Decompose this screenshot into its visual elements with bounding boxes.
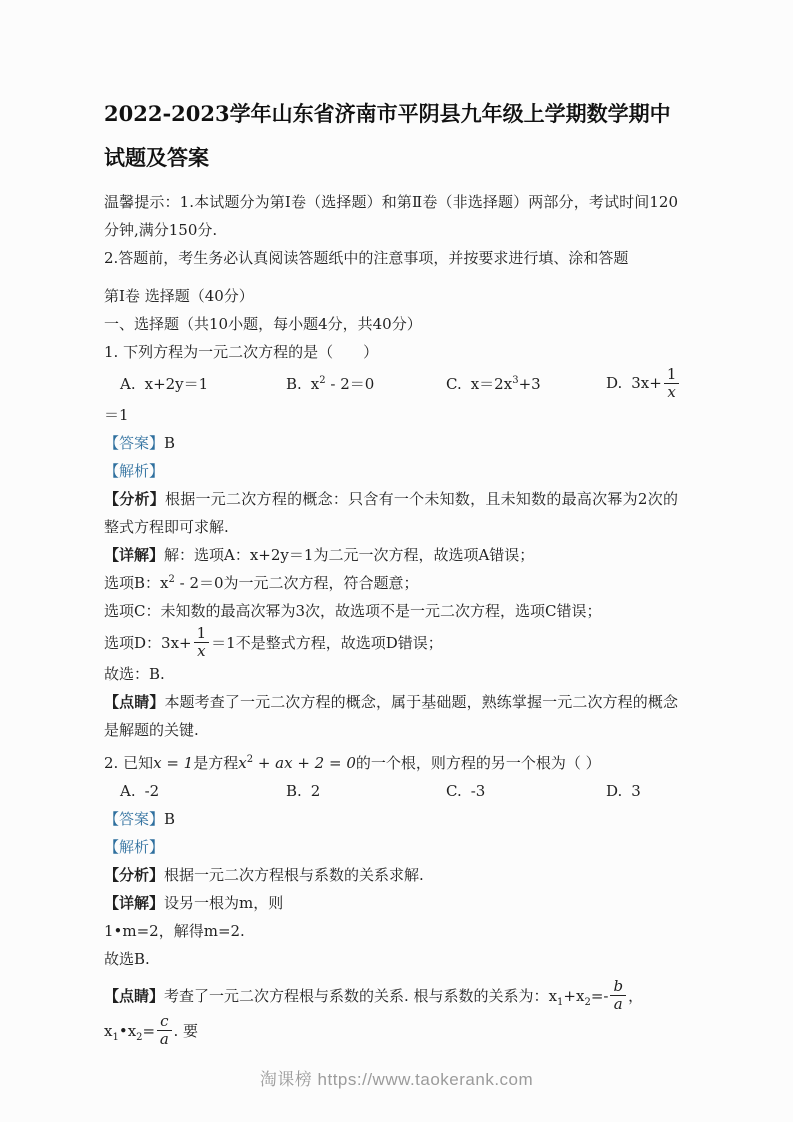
option-label: A.	[120, 782, 136, 800]
dianjing-label: 【点睛】	[104, 693, 164, 711]
q2-option-d: D.3	[606, 777, 678, 805]
fraction: ca	[157, 1013, 171, 1048]
xiangjie-label: 【详解】	[104, 546, 164, 564]
math-run: x＝2x	[471, 375, 512, 393]
q1-detail-line-4: 选项D：3x+1x＝1不是整式方程，故选项D错误；	[104, 625, 678, 660]
math-run: x1+x2=-	[549, 982, 609, 1010]
q2-answer-line: 【答案】B	[104, 805, 678, 833]
option-text: x+2y＝1	[145, 375, 209, 393]
q1-option-b: B.x2 - 2＝0	[286, 370, 446, 398]
fraction-denominator: x	[664, 384, 680, 401]
option-label: B.	[286, 375, 302, 393]
stem-text: 是方程	[193, 754, 238, 772]
footer-link[interactable]: 淘课榜 https://www.taokerank.com	[260, 1070, 533, 1089]
fraction-denominator: a	[157, 1031, 171, 1048]
detail-text: - 2＝0为一元二次方程，符合题意；	[175, 574, 419, 592]
q2-analysis: 【分析】根据一元二次方程根与系数的关系求解.	[104, 861, 678, 889]
detail-text: 设另一根为m，则	[164, 894, 283, 912]
math-var: +x	[563, 987, 584, 1005]
answer-label: 【答案】	[104, 810, 164, 828]
option-text: x2 - 2＝0	[311, 375, 375, 393]
page-title: 2022-2023学年山东省济南市平阴县九年级上学期数学期中试题及答案	[104, 92, 678, 180]
math-run: x	[238, 754, 246, 772]
math-run: x1•x2=	[104, 1017, 155, 1045]
dianjing-text: 考查了一元二次方程根与系数的关系. 根与系数的关系为：	[164, 982, 549, 1010]
separator-text: ，	[628, 982, 643, 1010]
fraction: 1x	[194, 625, 210, 660]
math-var: •x	[119, 1022, 136, 1040]
q1-conclusion: 故选：B.	[104, 660, 678, 688]
q2-dianjing: 【点睛】考查了一元二次方程根与系数的关系. 根与系数的关系为：x1+x2=-ba…	[104, 978, 678, 1048]
fraction-denominator: a	[610, 996, 626, 1013]
fraction-denominator: x	[194, 643, 210, 660]
q1-option-d: D.3x+1x	[606, 366, 681, 401]
fraction: ba	[610, 978, 626, 1013]
xiangjie-label: 【详解】	[104, 894, 164, 912]
fraction-numerator: 1	[194, 625, 210, 643]
stem-text: 2. 已知	[104, 754, 153, 772]
jiexi-label: 【解析】	[104, 838, 164, 856]
option-text: 3x+1x	[631, 374, 681, 392]
math-run: x = 1	[153, 754, 193, 772]
fraction: 1x	[664, 366, 680, 401]
footer-watermark: 淘课榜 https://www.taokerank.com	[0, 1066, 793, 1094]
document-body: 2022-2023学年山东省济南市平阴县九年级上学期数学期中试题及答案 温馨提示…	[104, 92, 678, 1048]
fenxi-text: 根据一元二次方程根与系数的关系求解.	[164, 866, 424, 884]
answer-value: B	[164, 810, 175, 828]
answer-value: B	[164, 434, 175, 452]
q2-conclusion: 故选B.	[104, 945, 678, 973]
jiexi-label: 【解析】	[104, 462, 164, 480]
math-run: - 2＝0	[326, 375, 375, 393]
q2-stem: 2. 已知x = 1是方程x2 + ax + 2 = 0的一个根，则方程的另一个…	[104, 749, 678, 777]
q1-detail-line-2: 选项B：x2 - 2＝0为一元二次方程，符合题意；	[104, 569, 678, 597]
dianjing-tail-text: . 要	[174, 1017, 199, 1045]
q2-option-c: C.-3	[446, 777, 606, 805]
q2-option-a: A.-2	[120, 777, 286, 805]
answer-label: 【答案】	[104, 434, 164, 452]
q1-option-a: A.x+2y＝1	[120, 370, 286, 398]
q2-jiexi-line: 【解析】	[104, 833, 678, 861]
fraction-numerator: 1	[664, 366, 680, 384]
q1-jiexi-line: 【解析】	[104, 457, 678, 485]
q1-dianjing: 【点睛】本题考查了一元二次方程的概念，属于基础题，熟练掌握一元二次方程的概念是解…	[104, 688, 678, 744]
option-label: B.	[286, 782, 302, 800]
q1-options-row: A.x+2y＝1 B.x2 - 2＝0 C.x＝2x3+3 D.3x+1x	[104, 366, 678, 401]
document-page: 2022-2023学年山东省济南市平阴县九年级上学期数学期中试题及答案 温馨提示…	[0, 0, 793, 1122]
math-run: 3x+	[631, 374, 662, 392]
fenxi-label: 【分析】	[104, 866, 164, 884]
q2-detail-line-2: 1•m=2，解得m=2.	[104, 917, 678, 945]
dianjing-label: 【点睛】	[104, 982, 164, 1010]
notice-paragraph-1: 温馨提示：1.本试题分为第Ⅰ卷（选择题）和第Ⅱ卷（非选择题）两部分，考试时间12…	[104, 188, 678, 244]
part1-header: 第Ⅰ卷 选择题（40分）	[104, 282, 678, 310]
math-op: =-	[591, 987, 609, 1005]
dianjing-text: 本题考查了一元二次方程的概念，属于基础题，熟练掌握一元二次方程的概念是解题的关键…	[104, 693, 678, 739]
q1-analysis: 【分析】根据一元二次方程的概念：只含有一个未知数，且未知数的最高次幂为2次的整式…	[104, 485, 678, 541]
q1-stem: 1. 下列方程为一元二次方程的是（ ）	[104, 338, 678, 366]
detail-text: ＝1不是整式方程，故选项D错误；	[211, 629, 443, 657]
option-text: -2	[145, 782, 160, 800]
option-label: D.	[606, 374, 622, 392]
option-label: A.	[120, 375, 136, 393]
detail-text: 选项D：3x+	[104, 629, 192, 657]
notice-paragraph-2: 2.答题前，考生务必认真阅读答题纸中的注意事项，并按要求进行填、涂和答题	[104, 244, 678, 272]
q2-detail-line-1: 【详解】设另一根为m，则	[104, 889, 678, 917]
section1-heading: 一、选择题（共10小题，每小题4分，共40分）	[104, 310, 678, 338]
detail-text: 选项B：x	[104, 574, 168, 592]
option-label: C.	[446, 782, 462, 800]
option-label: C.	[446, 375, 462, 393]
math-run: +3	[519, 375, 541, 393]
option-text: 3	[631, 782, 641, 800]
math-run: + ax + 2 = 0	[253, 754, 356, 772]
option-text: x＝2x3+3	[471, 375, 541, 393]
fenxi-label: 【分析】	[104, 490, 165, 508]
option-label: D.	[606, 782, 622, 800]
q1-answer-line: 【答案】B	[104, 429, 678, 457]
option-text: 2	[311, 782, 321, 800]
fraction-numerator: c	[157, 1013, 171, 1031]
q1-detail-line-1: 【详解】解：选项A：x+2y＝1为二元一次方程，故选项A错误；	[104, 541, 678, 569]
math-op: =	[143, 1022, 156, 1040]
stem-text: 的一个根，则方程的另一个根为（ ）	[356, 754, 601, 772]
detail-text: 解：选项A：x+2y＝1为二元一次方程，故选项A错误；	[164, 546, 534, 564]
math-run: x	[311, 375, 319, 393]
q1-option-c: C.x＝2x3+3	[446, 370, 606, 398]
q1-option-d-continuation: ＝1	[104, 401, 678, 429]
math-var: x	[549, 987, 557, 1005]
q2-option-b: B.2	[286, 777, 446, 805]
option-text: -3	[471, 782, 486, 800]
fenxi-text: 根据一元二次方程的概念：只含有一个未知数，且未知数的最高次幂为2次的整式方程即可…	[104, 490, 678, 536]
fraction-numerator: b	[610, 978, 626, 996]
q2-options-row: A.-2 B.2 C.-3 D.3	[104, 777, 678, 805]
q1-detail-line-3: 选项C：未知数的最高次幂为3次，故选项不是一元二次方程，选项C错误；	[104, 597, 678, 625]
